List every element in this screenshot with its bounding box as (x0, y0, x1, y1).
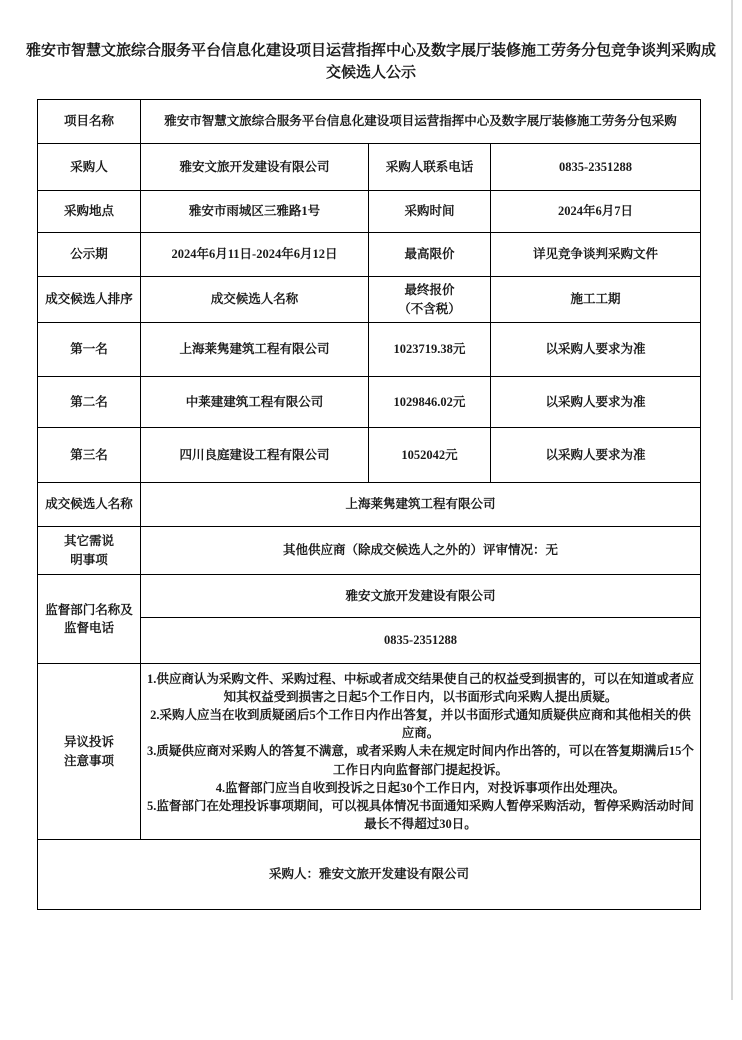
max-price-label: 最高限价 (369, 233, 491, 277)
objection-item-1: 1.供应商认为采购文件、采购过程、中标或者成交结果使自己的权益受到损害的，可以在… (144, 670, 697, 706)
other-notes-label: 其它需说 明事项 (38, 527, 141, 575)
winner-label: 成交候选人名称 (38, 483, 141, 527)
objection-notice-row: 异议投诉 注意事项 1.供应商认为采购文件、采购过程、中标或者成交结果使自己的权… (38, 664, 701, 840)
purchase-location-value: 雅安市雨城区三雅路1号 (141, 191, 369, 233)
candidate-row-3: 第三名 四川良庭建设工程有限公司 1052042元 以采购人要求为准 (38, 428, 701, 483)
supervision-label: 监督部门名称及 监督电话 (38, 575, 141, 664)
candidate-row-1: 第一名 上海莱隽建筑工程有限公司 1023719.38元 以采购人要求为准 (38, 323, 701, 377)
page-edge-line (731, 0, 733, 1000)
candidate-1-price: 1023719.38元 (369, 323, 491, 377)
other-notes-value: 其他供应商（除成交候选人之外的）评审情况：无 (141, 527, 701, 575)
candidates-header-period: 施工工期 (491, 277, 701, 323)
objection-items: 1.供应商认为采购文件、采购过程、中标或者成交结果使自己的权益受到损害的，可以在… (141, 664, 701, 840)
winner-row: 成交候选人名称 上海莱隽建筑工程有限公司 (38, 483, 701, 527)
objection-item-3: 3.质疑供应商对采购人的答复不满意，或者采购人未在规定时间内作出答的，可以在答复… (144, 742, 697, 778)
purchase-time-label: 采购时间 (369, 191, 491, 233)
objection-item-4: 4.监督部门应当自收到投诉之日起30个工作日内，对投诉事项作出处理决。 (144, 779, 697, 797)
candidate-3-price: 1052042元 (369, 428, 491, 483)
publicity-period-row: 公示期 2024年6月11日-2024年6月12日 最高限价 详见竞争谈判采购文… (38, 233, 701, 277)
purchase-time-value: 2024年6月7日 (491, 191, 701, 233)
footer-purchaser: 采购人：雅安文旅开发建设有限公司 (38, 840, 701, 910)
candidates-header-rank: 成交候选人排序 (38, 277, 141, 323)
winner-value: 上海莱隽建筑工程有限公司 (141, 483, 701, 527)
candidate-3-period: 以采购人要求为准 (491, 428, 701, 483)
candidate-1-rank: 第一名 (38, 323, 141, 377)
candidates-header-row: 成交候选人排序 成交候选人名称 最终报价 （不含税） 施工工期 (38, 277, 701, 323)
objection-label: 异议投诉 注意事项 (38, 664, 141, 840)
purchase-location-label: 采购地点 (38, 191, 141, 233)
candidate-1-name: 上海莱隽建筑工程有限公司 (141, 323, 369, 377)
footer-purchaser-row: 采购人：雅安文旅开发建设有限公司 (38, 840, 701, 910)
publicity-period-label: 公示期 (38, 233, 141, 277)
other-notes-row: 其它需说 明事项 其他供应商（除成交候选人之外的）评审情况：无 (38, 527, 701, 575)
page-title: 雅安市智慧文旅综合服务平台信息化建设项目运营指挥中心及数字展厅装修施工劳务分包竞… (21, 40, 721, 84)
objection-item-5: 5.监督部门在处理投诉事项期间，可以视具体情况书面通知采购人暂停采购活动，暂停采… (144, 797, 697, 833)
purchaser-value: 雅安文旅开发建设有限公司 (141, 144, 369, 191)
candidates-header-price: 最终报价 （不含税） (369, 277, 491, 323)
purchaser-phone-value: 0835-2351288 (491, 144, 701, 191)
project-name-label: 项目名称 (38, 100, 141, 144)
candidate-2-rank: 第二名 (38, 377, 141, 428)
announcement-table: 项目名称 雅安市智慧文旅综合服务平台信息化建设项目运营指挥中心及数字展厅装修施工… (37, 99, 701, 910)
candidates-header-name: 成交候选人名称 (141, 277, 369, 323)
project-name-value: 雅安市智慧文旅综合服务平台信息化建设项目运营指挥中心及数字展厅装修施工劳务分包采… (141, 100, 701, 144)
candidate-2-price: 1029846.02元 (369, 377, 491, 428)
purchase-location-row: 采购地点 雅安市雨城区三雅路1号 采购时间 2024年6月7日 (38, 191, 701, 233)
supervision-department: 雅安文旅开发建设有限公司 (141, 575, 701, 618)
purchaser-label: 采购人 (38, 144, 141, 191)
max-price-value: 详见竞争谈判采购文件 (491, 233, 701, 277)
purchaser-phone-label: 采购人联系电话 (369, 144, 491, 191)
candidate-1-period: 以采购人要求为准 (491, 323, 701, 377)
objection-item-2: 2.采购人应当在收到质疑函后5个工作日内作出答复，并以书面形式通知质疑供应商和其… (144, 706, 697, 742)
candidate-row-2: 第二名 中莱建建筑工程有限公司 1029846.02元 以采购人要求为准 (38, 377, 701, 428)
candidate-3-name: 四川良庭建设工程有限公司 (141, 428, 369, 483)
project-name-row: 项目名称 雅安市智慧文旅综合服务平台信息化建设项目运营指挥中心及数字展厅装修施工… (38, 100, 701, 144)
candidate-3-rank: 第三名 (38, 428, 141, 483)
candidate-2-name: 中莱建建筑工程有限公司 (141, 377, 369, 428)
supervision-department-row: 监督部门名称及 监督电话 雅安文旅开发建设有限公司 (38, 575, 701, 618)
supervision-phone: 0835-2351288 (141, 618, 701, 664)
publicity-period-value: 2024年6月11日-2024年6月12日 (141, 233, 369, 277)
candidate-2-period: 以采购人要求为准 (491, 377, 701, 428)
purchaser-row: 采购人 雅安文旅开发建设有限公司 采购人联系电话 0835-2351288 (38, 144, 701, 191)
